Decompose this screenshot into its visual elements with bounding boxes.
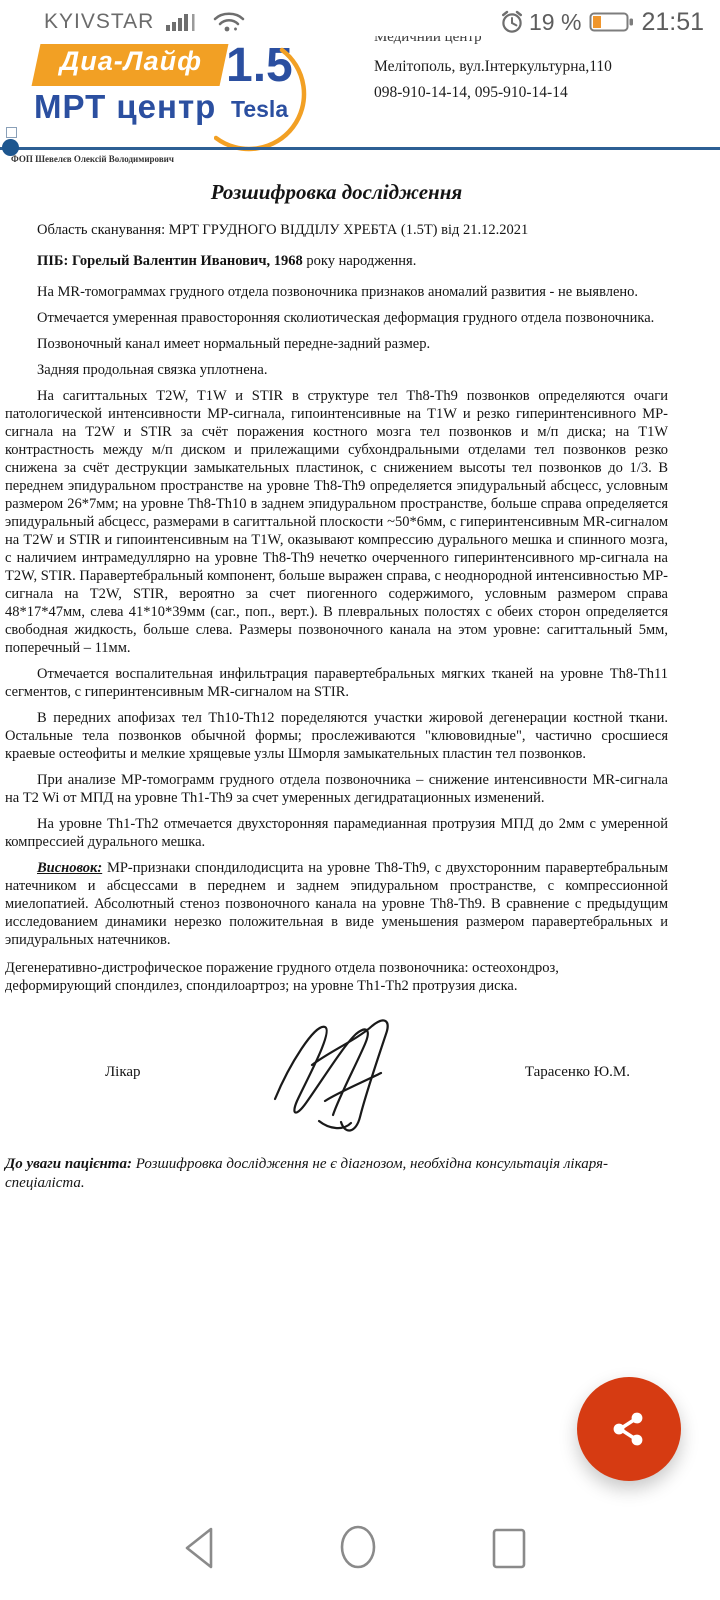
clinic-address: Мелітополь, вул.Інтеркультурна,110 (374, 58, 612, 76)
patient-line: ПІБ: Горелый Валентин Иванович, 1968 рок… (5, 252, 668, 270)
share-icon (606, 1406, 652, 1452)
clinic-header: Диа-Лайф МРТ центр 1.5 Tesla Медичний це… (0, 44, 720, 164)
clinic-logo-banner: Диа-Лайф (32, 44, 229, 86)
patient-notice: До уваги пацієнта: Розшифровка досліджен… (5, 1155, 668, 1193)
clinic-contact-block: Медичний центр Мелітополь, вул.Інтеркуль… (374, 36, 614, 48)
report-paragraph: При анализе МР-томограмм грудного отдела… (5, 771, 668, 807)
logo-swoosh-icon (214, 40, 324, 160)
fop-owner-line: ФОП Шевелєв Олексій Володимирович (11, 154, 174, 164)
patient-notice-label: До уваги пацієнта: (5, 1156, 132, 1172)
report-paragraph: На MR-томограммах грудного отдела позвон… (5, 283, 668, 301)
degenerative-paragraph: Дегенеративно-дистрофическое поражение г… (5, 959, 668, 995)
nav-recents-button[interactable] (486, 1524, 532, 1577)
report-paragraph: Отмечается умеренная правосторонняя скол… (5, 309, 668, 327)
report-paragraph: В передних апофизах тел Th10-Th12 пореде… (5, 709, 668, 763)
patient-name-rest: року народження. (303, 253, 417, 269)
clinic-logo-type: МРТ центр (34, 88, 216, 126)
clinic-name-clipped: Медичний центр (374, 36, 614, 48)
report-paragraph: На уровне Th1-Th2 отмечается двухсторонн… (5, 815, 668, 851)
share-fab[interactable] (577, 1377, 681, 1481)
battery-icon (589, 10, 635, 34)
nav-back-button[interactable] (177, 1522, 221, 1577)
back-triangle-icon (177, 1522, 221, 1574)
doctor-name: Тарасенко Ю.М. (525, 1064, 630, 1081)
signature-image (267, 1003, 399, 1141)
doctor-label: Лікар (105, 1064, 141, 1081)
nav-home-button[interactable] (332, 1518, 384, 1579)
recents-square-icon (486, 1524, 532, 1574)
report-paragraph: Задняя продольная связка уплотнена. (5, 361, 668, 379)
report-paragraph: Отмечается воспалительная инфильтрация п… (5, 665, 668, 701)
patient-name-bold: ПІБ: Горелый Валентин Иванович, 1968 (37, 253, 303, 269)
placeholder-glyph-icon (6, 127, 17, 138)
report-paragraph: На сагиттальных T2W, T1W и STIR в структ… (5, 387, 668, 657)
phone-screen: KYIVSTAR 19 % 21:51 Д (0, 0, 720, 1600)
signature-row: Лікар Тарасенко Ю.М. (5, 1003, 668, 1141)
clinic-phones: 098-910-14-14, 095-910-14-14 (374, 84, 568, 102)
scan-area-line: Область сканування: МРТ ГРУДНОГО ВІДДІЛУ… (5, 221, 668, 239)
conclusion-paragraph: Висновок: МР-признаки спондилодисцита на… (5, 859, 668, 949)
conclusion-label: Висновок: (37, 860, 102, 876)
carrier-label: KYIVSTAR (44, 10, 154, 34)
home-circle-icon (332, 1518, 384, 1576)
alarm-icon (499, 9, 525, 35)
blue-divider-line (0, 147, 720, 150)
report-title: Розшифровка дослідження (5, 180, 668, 205)
clock-time: 21:51 (641, 8, 704, 37)
clinic-logo-name: Диа-Лайф (60, 46, 202, 77)
signal-strength-icon (164, 11, 202, 33)
report-paragraph: Позвоночный канал имеет нормальный перед… (5, 335, 668, 353)
signature-wrap (141, 1003, 525, 1141)
wifi-icon (212, 10, 246, 34)
conclusion-text: МР-признаки спондилодисцита на уровне Th… (5, 860, 668, 948)
report-document[interactable]: Розшифровка дослідження Область скануван… (0, 180, 720, 1193)
battery-percent: 19 % (529, 9, 581, 36)
